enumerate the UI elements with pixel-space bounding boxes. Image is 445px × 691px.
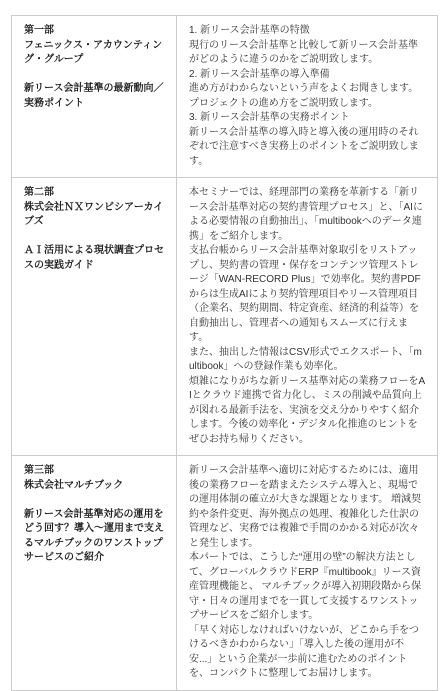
session-3-part-label: 第三部: [24, 464, 166, 479]
table-row: 第三部 株式会社マルチブック 新リース会計基準対応の運用をどう回す？導入～運用ま…: [12, 456, 438, 641]
session-1-speaker: フェニックス・アカウンティング・グループ: [24, 39, 166, 68]
session-3-info-cell: 第三部 株式会社マルチブック 新リース会計基準対応の運用をどう回す？導入～運用ま…: [12, 456, 177, 641]
session-3-description-cell: 新リース会計基準へ適切に対応するためには、適用後の業務フローを踏まえたシステム導…: [177, 456, 438, 641]
table-row: 第一部 フェニックス・アカウンティング・グループ 新リース会計基準の最新動向／実…: [12, 16, 438, 178]
session-1-part-label: 第一部: [24, 24, 166, 39]
session-2-speaker: 株式会社ＮＸワンビシアーカイブズ: [24, 201, 166, 230]
session-3-title: 新リース会計基準対応の運用をどう回す？導入～運用まで支えるマルチブックのワンスト…: [24, 508, 166, 566]
session-2-part-label: 第二部: [24, 186, 166, 201]
session-3-speaker: 株式会社マルチブック: [24, 479, 166, 494]
session-2-info-cell: 第二部 株式会社ＮＸワンビシアーカイブズ ＡＩ活用による現状調査プロセスの実践ガ…: [12, 178, 177, 456]
session-2-description-cell: 本セミナーでは、経理部門の業務を革新する「新リース会計基準対応の契約書管理プロセ…: [177, 178, 438, 456]
spacer: [24, 493, 166, 508]
spacer: [24, 230, 166, 245]
table-row: 第二部 株式会社ＮＸワンビシアーカイブズ ＡＩ活用による現状調査プロセスの実践ガ…: [12, 178, 438, 456]
session-1-description-cell: 1. 新リース会計基準の特徴 現行のリース会計基準と比較して新リース会計基準がど…: [177, 16, 438, 178]
session-2-title: ＡＩ活用による現状調査プロセスの実践ガイド: [24, 244, 166, 273]
session-2-description: 本セミナーでは、経理部門の業務を革新する「新リース会計基準対応の契約書管理プロセ…: [189, 186, 427, 447]
spacer: [24, 68, 166, 83]
seminar-agenda-table: 第一部 フェニックス・アカウンティング・グループ 新リース会計基準の最新動向／実…: [11, 15, 438, 640]
session-1-info-cell: 第一部 フェニックス・アカウンティング・グループ 新リース会計基準の最新動向／実…: [12, 16, 177, 178]
session-1-description: 1. 新リース会計基準の特徴 現行のリース会計基準と比較して新リース会計基準がど…: [189, 24, 427, 169]
session-3-description: 新リース会計基準へ適切に対応するためには、適用後の業務フローを踏まえたシステム導…: [189, 464, 427, 640]
session-1-title: 新リース会計基準の最新動向／実務ポイント: [24, 82, 166, 111]
